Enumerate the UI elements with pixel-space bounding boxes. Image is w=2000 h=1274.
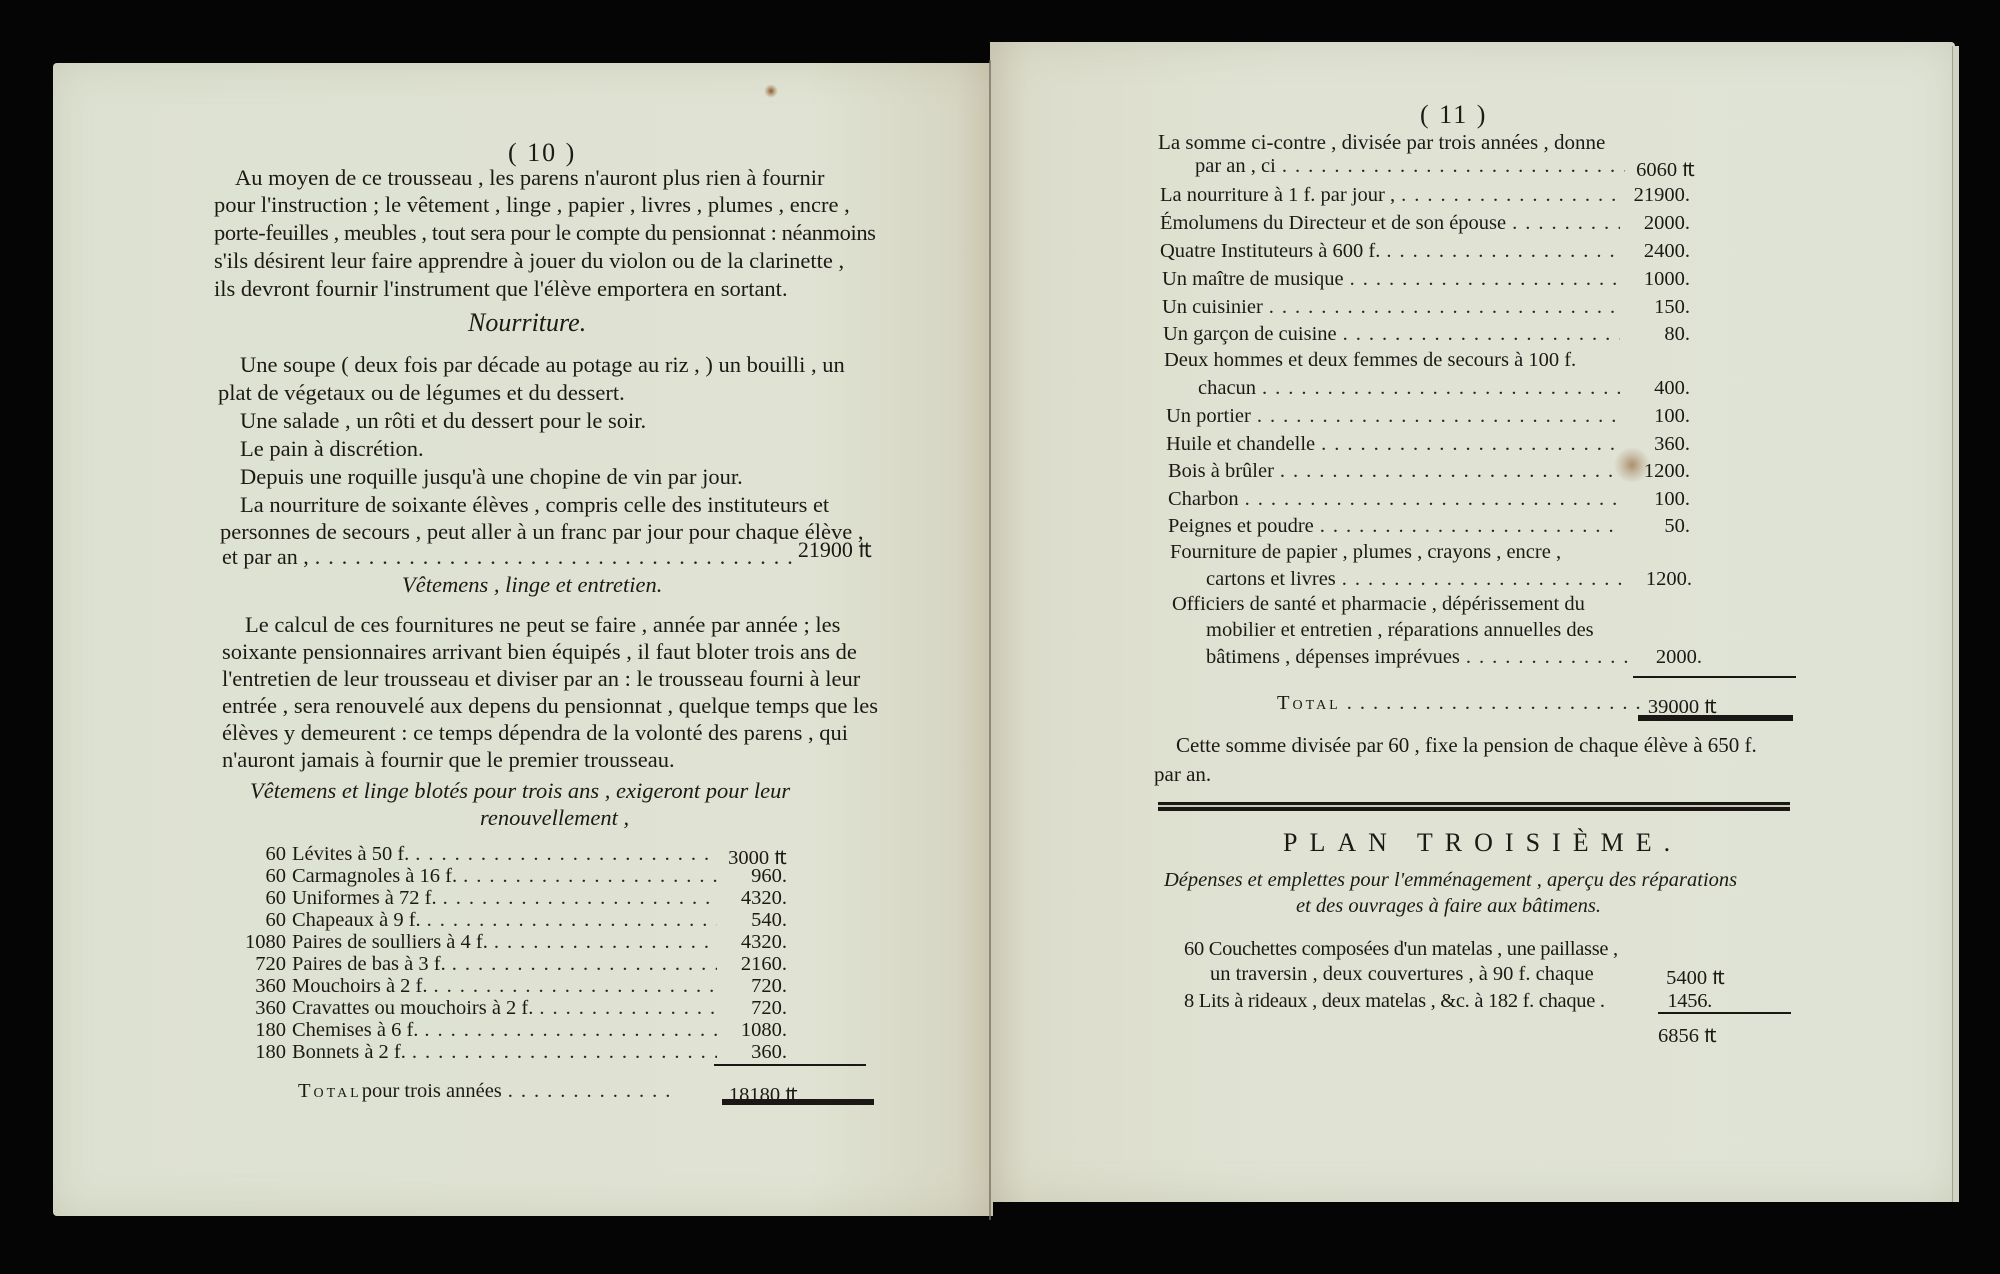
expense-row: Peignes et poudre.......................… <box>1168 515 1690 538</box>
plan-subtitle: Dépenses et emplettes pour l'emménagemen… <box>1164 866 1737 895</box>
row-value: 100. <box>1620 405 1690 428</box>
row-value: 2000. <box>1632 646 1702 669</box>
table-caption: Vêtemens et linge blotés pour trois ans … <box>250 776 790 805</box>
leader-dots: ................................ <box>1460 646 1632 669</box>
plan-row: 8 Lits à rideaux , deux matelas , &c. à … <box>1184 990 1712 1013</box>
row-label: Uniformes à 72 f. <box>292 887 437 910</box>
row-label: La nourriture à 1 f. par jour , <box>1160 184 1395 207</box>
plan-heading: PLAN TROISIÈME. <box>1283 828 1682 858</box>
expense-row: Un garçon de cuisine....................… <box>1163 323 1690 346</box>
leader-dots: ................................ <box>1336 568 1622 591</box>
vetemens-line: Le calcul de ces fournitures ne peut se … <box>245 610 840 639</box>
row-label: Paires de bas à 3 f. <box>292 953 446 976</box>
row-value: 50. <box>1620 515 1690 538</box>
section-heading-nourriture: Nourriture. <box>468 308 586 337</box>
row-value: 4320. <box>717 887 787 910</box>
row-label: Un portier <box>1166 405 1251 428</box>
text-line: Fourniture de papier , plumes , crayons … <box>1170 538 1561 567</box>
plan-row: un traversin , deux couvertures , à 90 f… <box>1210 963 1725 991</box>
leader-dots: ................................ <box>1276 155 1625 183</box>
row-value: 720. <box>717 975 787 998</box>
leader-dots: ......................... <box>488 931 717 954</box>
section-heading-vetemens: Vêtemens , linge et entretien. <box>402 570 662 599</box>
expense-row: Charbon................................1… <box>1168 488 1690 511</box>
total-rule <box>722 1099 874 1105</box>
nourriture-line: Le pain à discrétion. <box>240 434 424 463</box>
qty: 60 <box>232 909 292 932</box>
vetemens-line: l'entretien de leur trousseau et diviser… <box>222 664 860 693</box>
total-label-rest: pour trois années <box>362 1080 502 1108</box>
row-label: cartons et livres <box>1206 568 1336 591</box>
row-value: 1200. <box>1622 568 1692 591</box>
book-spine <box>989 60 991 1220</box>
row-value: 2160. <box>717 953 787 976</box>
intro-line: Au moyen de ce trousseau , les parens n'… <box>235 163 825 192</box>
row-label: Quatre Instituteurs à 600 f. <box>1160 240 1380 263</box>
leader-dots: ................................ <box>1344 268 1620 291</box>
expense-row: chacun................................40… <box>1198 377 1690 400</box>
leader-dots: ............. <box>502 1080 728 1108</box>
expense-row: Un maître de musique....................… <box>1162 268 1690 291</box>
page-edge <box>1952 46 1959 1202</box>
sum-rule <box>714 1064 866 1066</box>
double-rule <box>1158 802 1790 811</box>
nourriture-line: personnes de secours , peut aller à un f… <box>220 517 863 546</box>
leader-dots: ................................ <box>1337 323 1620 346</box>
table-row: 360Mouchoirs à 2 f......................… <box>232 975 787 998</box>
row-value: 6060 ₶ <box>1625 155 1695 183</box>
leader-dots <box>1605 990 1642 1013</box>
row-value: 540. <box>717 909 787 932</box>
leader-dots: ................................ <box>1341 692 1647 720</box>
leader-dots: ................................ <box>1395 184 1620 207</box>
row-value: 5400 ₶ <box>1655 963 1725 991</box>
row-value: 1000. <box>1620 268 1690 291</box>
expense-row: bâtimens , dépenses imprévues...........… <box>1206 646 1702 669</box>
qty: 180 <box>232 1041 292 1064</box>
row-label: Carmagnoles à 16 f. <box>292 865 457 888</box>
qty: 360 <box>232 975 292 998</box>
leader-dots: ................................ <box>1274 460 1620 483</box>
row-label: Un cuisinier <box>1162 296 1263 319</box>
leader-dots: ......................... <box>437 887 717 910</box>
leader-dots: ................................ <box>1251 405 1620 428</box>
row-label: Peignes et poudre <box>1168 515 1314 538</box>
row-value: 960. <box>717 865 787 888</box>
row-value: 21900 ₶ <box>798 534 872 570</box>
total-rule <box>1638 715 1793 721</box>
row-value: 100. <box>1620 488 1690 511</box>
sum-rule <box>1633 676 1796 678</box>
nourriture-line: La nourriture de soixante élèves , compr… <box>240 490 829 519</box>
table-caption: renouvellement , <box>480 803 629 832</box>
row-value: 720. <box>717 997 787 1020</box>
row-value: 150. <box>1620 296 1690 319</box>
intro-line: ils devront fournir l'instrument que l'é… <box>214 274 788 303</box>
row-label: 8 Lits à rideaux , deux matelas , &c. à … <box>1184 990 1605 1013</box>
expense-row: La nourriture à 1 f. par jour ,.........… <box>1160 184 1690 207</box>
row-label: et par an , <box>222 544 309 570</box>
nourriture-line: Une soupe ( deux fois par décade au pota… <box>240 350 845 379</box>
text-line: mobilier et entretien , réparations annu… <box>1206 616 1594 645</box>
expense-row: par an , ci.............................… <box>1195 155 1695 183</box>
table-row: 60Carmagnoles à 16 f....................… <box>232 865 787 888</box>
table-row: 360Cravattes ou mouchoirs à 2 f.........… <box>232 997 787 1020</box>
row-label: chacun <box>1198 377 1256 400</box>
total-label: Total <box>1277 692 1341 720</box>
nourriture-line: plat de végetaux ou de légumes et du des… <box>218 378 625 407</box>
leader-dots: ......................... <box>428 975 717 998</box>
row-label: Bonnets à 2 f. <box>292 1041 406 1064</box>
qty: 180 <box>232 1019 292 1042</box>
vetemens-line: n'auront jamais à fournir que le premier… <box>222 745 675 774</box>
expense-row: Un portier..............................… <box>1166 405 1690 428</box>
leader-dots: ................................ <box>1239 488 1620 511</box>
expense-row: Un cuisinier............................… <box>1162 296 1690 319</box>
table-row: 720Paires de bas à 3 f..................… <box>232 953 787 976</box>
text-line: Officiers de santé et pharmacie , dépéri… <box>1172 590 1585 619</box>
row-label: Cravattes ou mouchoirs à 2 f. <box>292 997 533 1020</box>
leader-dots: ................................ <box>1263 296 1620 319</box>
qty: 1080 <box>232 931 292 954</box>
row-value: 21900. <box>1620 184 1690 207</box>
leader-dots: ................................ <box>1256 377 1620 400</box>
leader-dots: ................................ <box>1380 240 1620 263</box>
row-label: Chemises à 6 f. <box>292 1019 418 1042</box>
row-label: Émolumens du Directeur et de son épouse <box>1160 212 1506 235</box>
leader-dots: ................................ <box>1314 515 1620 538</box>
row-label: Huile et chandelle <box>1166 433 1315 456</box>
row-label: Un garçon de cuisine <box>1163 323 1337 346</box>
expense-row: Quatre Instituteurs à 600 f.............… <box>1160 240 1690 263</box>
row-label: Un maître de musique <box>1162 268 1344 291</box>
row-label: Mouchoirs à 2 f. <box>292 975 428 998</box>
pension-line: Cette somme divisée par 60 , fixe la pen… <box>1176 731 1757 760</box>
expense-row: cartons et livres.......................… <box>1206 568 1692 591</box>
row-label: bâtimens , dépenses imprévues <box>1206 646 1460 669</box>
expense-row: Huile et chandelle......................… <box>1166 433 1690 456</box>
plan-line: 60 Couchettes composées d'un matelas , u… <box>1184 935 1618 964</box>
leader-dots: ........................................… <box>309 544 798 570</box>
page-number-right: ( 11 ) <box>1420 100 1487 130</box>
expense-row: Émolumens du Directeur et de son épouse.… <box>1160 212 1690 235</box>
leader-dots: ......................... <box>457 865 717 888</box>
row-value: 80. <box>1620 323 1690 346</box>
intro-line: s'ils désirent leur faire apprendre à jo… <box>214 246 844 275</box>
plan-subtitle: et des ouvrages à faire aux bâtimens. <box>1296 892 1601 921</box>
sum-rule <box>1658 1012 1791 1014</box>
nourriture-total-row: et par an , ............................… <box>222 544 872 570</box>
vetemens-line: élèves y demeurent : ce temps dépendra d… <box>222 718 848 747</box>
nourriture-line: Depuis une roquille jusqu'à une chopine … <box>240 462 743 491</box>
leader-dots: ......................... <box>406 1041 717 1064</box>
row-value: 2000. <box>1620 212 1690 235</box>
leader-dots: ......................... <box>533 997 717 1020</box>
leader-dots <box>1594 963 1655 991</box>
text-line: Deux hommes et deux femmes de secours à … <box>1164 346 1576 375</box>
qty: 360 <box>232 997 292 1020</box>
vetemens-line: entrée , sera renouvelé aux depens du pe… <box>222 691 878 720</box>
row-value: 400. <box>1620 377 1690 400</box>
row-value: 4320. <box>717 931 787 954</box>
foxing-stain <box>764 84 778 98</box>
leader-dots: ......................... <box>418 1019 717 1042</box>
row-value: 1200. <box>1620 460 1690 483</box>
table-row: 60Uniformes à 72 f......................… <box>232 887 787 910</box>
vetemens-line: soixante pensionnaires arrivant bien équ… <box>222 637 857 666</box>
leader-dots: ......................... <box>421 909 717 932</box>
row-value: 360. <box>1620 433 1690 456</box>
row-label: Chapeaux à 9 f. <box>292 909 421 932</box>
plan-total: 6856 ₶ <box>1658 1022 1717 1051</box>
row-value: 1080. <box>717 1019 787 1042</box>
row-value: 2400. <box>1620 240 1690 263</box>
leader-dots: ......................... <box>446 953 717 976</box>
leader-dots: ................................ <box>1506 212 1620 235</box>
table-row: 180Chemises à 6 f.......................… <box>232 1019 787 1042</box>
row-label: par an , ci <box>1195 155 1276 183</box>
expense-row: Bois à brûler...........................… <box>1168 460 1690 483</box>
qty: 60 <box>232 887 292 910</box>
leader-dots: ................................ <box>1315 433 1620 456</box>
row-value: 360. <box>717 1041 787 1064</box>
row-label: Bois à brûler <box>1168 460 1274 483</box>
row-label: Charbon <box>1168 488 1239 511</box>
nourriture-line: Une salade , un rôti et du dessert pour … <box>240 406 646 435</box>
intro-line: porte-feuilles , meubles , tout sera pou… <box>214 218 876 247</box>
table-row: 180Bonnets à 2 f........................… <box>232 1041 787 1064</box>
row-label: un traversin , deux couvertures , à 90 f… <box>1210 963 1594 991</box>
text-line: La somme ci-contre , divisée par trois a… <box>1158 128 1605 157</box>
qty: 60 <box>232 865 292 888</box>
table-row: 1080Paires de soulliers à 4 f...........… <box>232 931 787 954</box>
qty: 720 <box>232 953 292 976</box>
intro-line: pour l'instruction ; le vêtement , linge… <box>214 190 850 219</box>
pension-line: par an. <box>1154 760 1211 789</box>
row-value: 1456. <box>1642 990 1712 1013</box>
total-label: Total <box>298 1080 362 1108</box>
table-row: 60Chapeaux à 9 f........................… <box>232 909 787 932</box>
row-label: Paires de soulliers à 4 f. <box>292 931 488 954</box>
